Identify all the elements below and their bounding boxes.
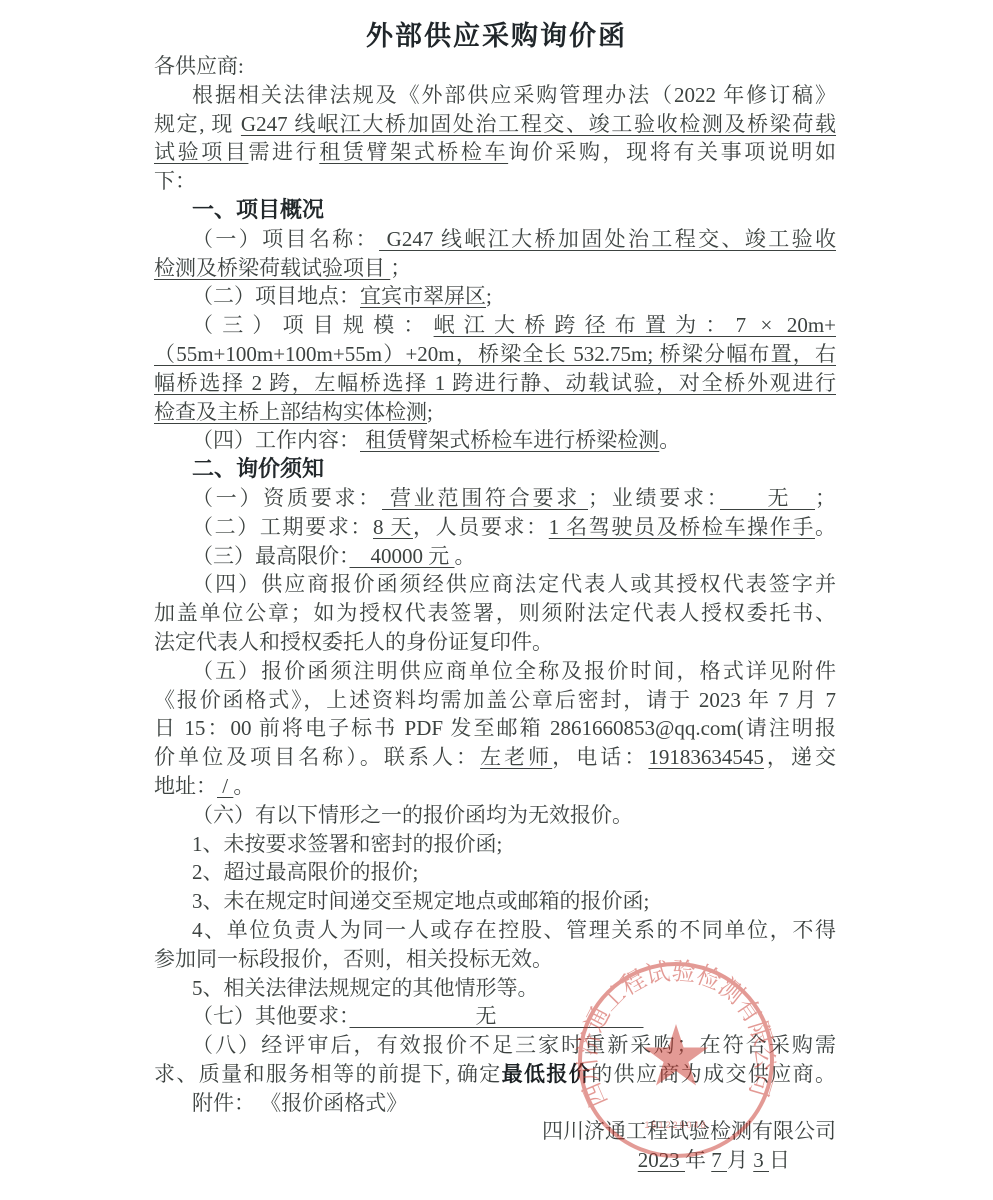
underlined-text: 检测及桥梁荷载试验项目 bbox=[154, 256, 390, 280]
underlined-text: 租赁臂架式桥检车进行桥梁检测 bbox=[360, 428, 659, 452]
text-segment: 日 15：00 前将电子标书 PDF 发至邮箱 2861660853@qq.co… bbox=[154, 716, 836, 740]
underlined-text: 租赁臂架式桥检车 bbox=[319, 140, 508, 164]
doc-line: （七）其他要求： 无 bbox=[154, 1002, 836, 1031]
doc-line: 1、未按要求签署和密封的报价函; bbox=[154, 830, 836, 859]
text-segment: 5、相关法律法规规定的其他情形等。 bbox=[192, 976, 539, 1000]
text-segment: ，电话： bbox=[552, 745, 648, 769]
doc-line: 加盖单位公章；如为授权代表签署，则须附法定代表人授权委托书、 bbox=[154, 599, 836, 628]
text-segment: （四）工作内容： bbox=[192, 428, 360, 452]
text-segment: 需进行 bbox=[248, 140, 319, 164]
document-title: 外部供应采购询价函 bbox=[0, 14, 993, 53]
underlined-text: 左老师 bbox=[480, 745, 552, 769]
text-segment: 各供应商: bbox=[154, 54, 244, 78]
underlined-text: 40000 元 bbox=[350, 544, 455, 568]
doc-line: （55m+100m+100m+55m）+20m，桥梁全长 532.75m; 桥梁… bbox=[154, 340, 836, 369]
text-segment: ；业绩要求： bbox=[588, 486, 720, 510]
text-segment: 4、单位负责人为同一人或存在控股、管理关系的不同单位，不得 bbox=[192, 918, 836, 942]
scanned-document-page: 外部供应采购询价函 各供应商:根据相关法律法规及《外部供应采购管理办法（2022… bbox=[0, 0, 993, 1200]
signature-date: 2023 年 7 月 3 日 bbox=[154, 1146, 836, 1175]
doc-line: 下： bbox=[154, 167, 836, 196]
text-segment: 法定代表人和授权委托人的身份证复印件。 bbox=[154, 630, 553, 654]
doc-line: 3、未在规定时间递交至规定地点或邮箱的报价函; bbox=[154, 887, 836, 916]
doc-line: 地址： / 。 bbox=[154, 772, 836, 801]
text-segment: 附件： 《报价函格式》 bbox=[192, 1091, 407, 1115]
underlined-text: 7 bbox=[711, 1148, 727, 1172]
text-segment: 2、超过最高限价的报价; bbox=[192, 860, 418, 884]
text-segment: （四）供应商报价函须经供应商法定代表人或其授权代表签字并 bbox=[192, 572, 836, 596]
text-segment: （六）有以下情形之一的报价函均为无效报价。 bbox=[192, 803, 633, 827]
underlined-text: 无 bbox=[720, 486, 815, 510]
text-segment: （一）资质要求： bbox=[192, 486, 382, 510]
text-segment: 最低报价 bbox=[502, 1062, 592, 1086]
text-segment: 询价采购，现将有关事项说明如 bbox=[508, 140, 836, 164]
underlined-text: 宜宾市翠屏区 bbox=[360, 284, 486, 308]
doc-line: 法定代表人和授权委托人的身份证复印件。 bbox=[154, 628, 836, 657]
underlined-text: 营业范围符合要求 bbox=[382, 486, 588, 510]
doc-line: 参加同一标段报价，否则，相关投标无效。 bbox=[154, 945, 836, 974]
text-segment: （二）工期要求： bbox=[192, 515, 373, 539]
text-segment: （三）最高限价： bbox=[192, 544, 350, 568]
text-segment: 四川济通工程试验检测有限公司 bbox=[542, 1119, 836, 1143]
text-segment: ; bbox=[486, 284, 492, 308]
text-segment: 下： bbox=[154, 169, 196, 193]
doc-line: 检查及主桥上部结构实体检测; bbox=[154, 398, 836, 427]
text-segment: （一）项目名称： bbox=[192, 227, 379, 251]
doc-line: 幅桥选择 2 跨，左幅桥选择 1 跨进行静、动载试验，对全桥外观进行 bbox=[154, 369, 836, 398]
underlined-text: 幅桥选择 2 跨，左幅桥选择 1 跨进行静、动载试验，对全桥外观进行 bbox=[154, 371, 836, 395]
doc-line: 价单位及项目名称）。联系人：左老师，电话：19183634545，递交 bbox=[154, 743, 836, 772]
text-segment: 日 bbox=[769, 1148, 790, 1172]
text-segment: 的供应商为成交供应商。 bbox=[591, 1062, 836, 1086]
text-segment: （八）经评审后，有效报价不足三家时重新采购；在符合采购需 bbox=[192, 1033, 836, 1057]
doc-line: （五）报价函须注明供应商单位全称及报价时间，格式详见附件 bbox=[154, 657, 836, 686]
doc-line: （四）供应商报价函须经供应商法定代表人或其授权代表签字并 bbox=[154, 570, 836, 599]
underlined-text: 岷江大桥跨径布置为：7 × 20m+ bbox=[434, 313, 836, 337]
text-segment: ; bbox=[427, 400, 433, 424]
doc-line: 5、相关法律法规规定的其他情形等。 bbox=[154, 974, 836, 1003]
doc-line: 《报价函格式》，上述资料均需加盖公章后密封，请于 2023 年 7 月 7 bbox=[154, 686, 836, 715]
salutation: 各供应商: bbox=[154, 52, 836, 81]
doc-line: 规定, 现 G247 线岷江大桥加固处治工程交、竣工验收检测及桥梁荷载 bbox=[154, 110, 836, 139]
underlined-text: 19183634545 bbox=[648, 745, 764, 769]
doc-line: （四）工作内容： 租赁臂架式桥检车进行桥梁检测。 bbox=[154, 426, 836, 455]
text-segment: 《报价函格式》，上述资料均需加盖公章后密封，请于 2023 年 7 月 7 bbox=[154, 688, 836, 712]
text-segment: 3、未在规定时间递交至规定地点或邮箱的报价函; bbox=[192, 889, 649, 913]
underlined-text: G247 线岷江大桥加固处治工程交、竣工验收检测及桥梁荷载 bbox=[241, 112, 836, 136]
doc-line: （二）项目地点：宜宾市翠屏区; bbox=[154, 282, 836, 311]
underlined-text: 无 bbox=[350, 1004, 644, 1028]
underlined-text: 8 天 bbox=[373, 515, 413, 539]
doc-line: （三）项目规模：岷江大桥跨径布置为：7 × 20m+ bbox=[154, 311, 836, 340]
section-1-heading: 一、项目概况 bbox=[154, 196, 836, 225]
doc-line: 求、质量和服务相等的前提下, 确定最低报价的供应商为成交供应商。 bbox=[154, 1060, 836, 1089]
text-segment: ，递交 bbox=[764, 745, 836, 769]
text-segment: ； bbox=[815, 486, 836, 510]
signature-company: 四川济通工程试验检测有限公司 bbox=[154, 1117, 836, 1146]
underlined-text: 检查及主桥上部结构实体检测 bbox=[154, 400, 427, 424]
doc-line: （八）经评审后，有效报价不足三家时重新采购；在符合采购需 bbox=[154, 1031, 836, 1060]
text-segment: 参加同一标段报价，否则，相关投标无效。 bbox=[154, 947, 553, 971]
section-2-heading: 二、询价须知 bbox=[154, 455, 836, 484]
text-segment: 。 bbox=[659, 428, 680, 452]
text-segment: （七）其他要求： bbox=[192, 1004, 350, 1028]
underlined-text: / bbox=[217, 774, 233, 798]
text-segment: 一、项目概况 bbox=[192, 197, 324, 222]
doc-line: （二）工期要求：8 天，人员要求：1 名驾驶员及桥检车操作手。 bbox=[154, 513, 836, 542]
underlined-text: G247 线岷江大桥加固处治工程交、竣工验收 bbox=[379, 227, 836, 251]
text-segment: 1、未按要求签署和密封的报价函; bbox=[192, 832, 502, 856]
doc-line: 日 15：00 前将电子标书 PDF 发至邮箱 2861660853@qq.co… bbox=[154, 714, 836, 743]
doc-line: 4、单位负责人为同一人或存在控股、管理关系的不同单位，不得 bbox=[154, 916, 836, 945]
doc-line: 附件： 《报价函格式》 bbox=[154, 1089, 836, 1118]
text-segment: 。 bbox=[233, 774, 254, 798]
doc-line: （三）最高限价： 40000 元 。 bbox=[154, 542, 836, 571]
underlined-text: 2023 bbox=[638, 1148, 685, 1172]
text-segment: 规定, 现 bbox=[154, 112, 241, 136]
text-segment: 地址： bbox=[154, 774, 217, 798]
text-segment: ，人员要求： bbox=[413, 515, 549, 539]
text-segment: 。 bbox=[455, 544, 476, 568]
text-segment: （五）报价函须注明供应商单位全称及报价时间，格式详见附件 bbox=[192, 659, 836, 683]
doc-line: 2、超过最高限价的报价; bbox=[154, 858, 836, 887]
text-segment: 价单位及项目名称）。联系人： bbox=[154, 745, 480, 769]
text-segment: 二、询价须知 bbox=[192, 456, 324, 481]
text-segment: 根据相关法律法规及《外部供应采购管理办法（2022 年修订稿》 bbox=[192, 83, 836, 107]
underlined-text: 1 名驾驶员及桥检车操作手 bbox=[549, 515, 815, 539]
text-segment: 。 bbox=[815, 515, 836, 539]
doc-line: （六）有以下情形之一的报价函均为无效报价。 bbox=[154, 801, 836, 830]
doc-line: （一）项目名称： G247 线岷江大桥加固处治工程交、竣工验收 bbox=[154, 225, 836, 254]
text-segment: 加盖单位公章；如为授权代表签署，则须附法定代表人授权委托书、 bbox=[154, 601, 836, 625]
text-segment: 月 bbox=[727, 1148, 753, 1172]
document-body: 各供应商:根据相关法律法规及《外部供应采购管理办法（2022 年修订稿》规定, … bbox=[154, 52, 836, 1175]
underlined-text: （55m+100m+100m+55m）+20m，桥梁全长 532.75m; 桥梁… bbox=[154, 342, 836, 366]
doc-line: 检测及桥梁荷载试验项目 ； bbox=[154, 254, 836, 283]
text-segment: 年 bbox=[685, 1148, 711, 1172]
doc-line: 根据相关法律法规及《外部供应采购管理办法（2022 年修订稿》 bbox=[154, 81, 836, 110]
doc-line: （一）资质要求： 营业范围符合要求 ；业绩要求： 无 ； bbox=[154, 484, 836, 513]
text-segment: （三）项目规模： bbox=[192, 313, 434, 337]
doc-line: 试验项目需进行租赁臂架式桥检车询价采购，现将有关事项说明如 bbox=[154, 138, 836, 167]
underlined-text: 3 bbox=[753, 1148, 769, 1172]
text-segment: ； bbox=[390, 256, 411, 280]
text-segment: （二）项目地点： bbox=[192, 284, 360, 308]
text-segment: 求、质量和服务相等的前提下, 确定 bbox=[154, 1062, 502, 1086]
underlined-text: 试验项目 bbox=[154, 140, 248, 164]
